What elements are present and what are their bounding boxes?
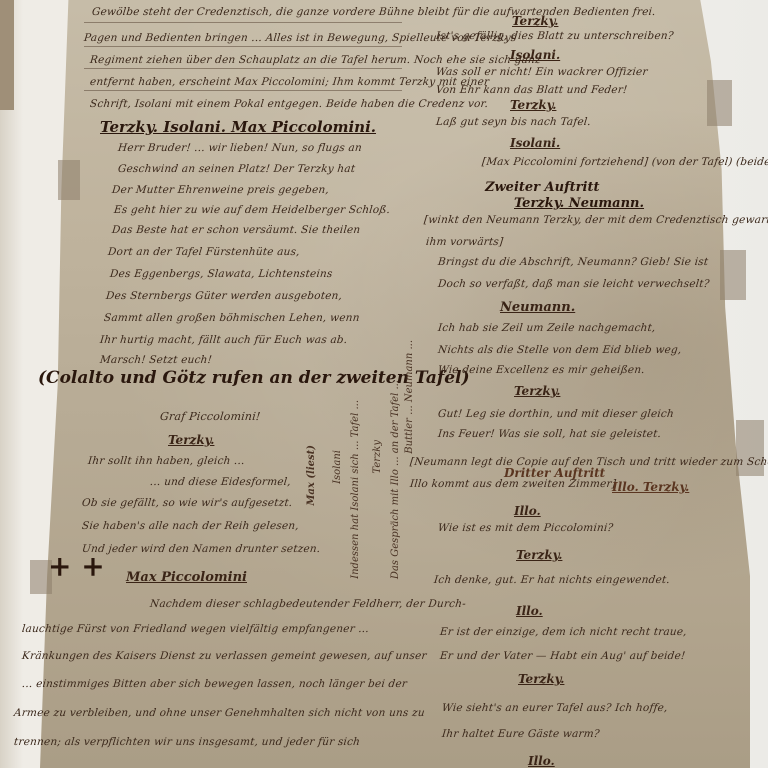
scene-characters: Illo. Terzky. (612, 480, 689, 494)
tape-patch (58, 160, 80, 200)
verse-line: Wie deine Excellenz es mir geheißen. (437, 364, 645, 376)
prose-line: Kränkungen des Kaisers Dienst zu verlass… (21, 650, 427, 662)
prose-line: trennen; als verpflichten wir uns insges… (13, 736, 360, 748)
verse-line: Herr Bruder! ... wir lieben! Nun, so flu… (117, 142, 362, 154)
prose-line: Nachdem dieser schlagbedeutender Feldher… (149, 598, 466, 610)
call-line: Graf Piccolomini! (159, 410, 261, 423)
speaker-heading: Terzky. (518, 672, 564, 686)
scene-characters: Terzky. Neumann. (514, 196, 644, 211)
verse-line: Wie ist es mit dem Piccolomini? (437, 522, 614, 534)
margin-note: Max (liest) (306, 445, 317, 506)
verse-line: Was soll er nicht! Ein wackrer Offizier (435, 66, 648, 78)
verse-line: Und jeder wird den Namen drunter setzen. (81, 543, 321, 555)
speaker-heading: Illo. (528, 754, 555, 768)
speaker-heading: Terzky. (510, 98, 556, 112)
speaker-heading: Neumann. (500, 300, 575, 315)
verse-line: Sammt allen großen böhmischen Lehen, wen… (103, 312, 360, 324)
tape-patch (720, 250, 746, 300)
stage-direction: [Max Piccolomini fortziehend] (von der T… (481, 156, 768, 168)
verse-line: Laß gut seyn bis nach Tafel. (435, 116, 591, 128)
margin-note: Indessen hat Isolani sich ... Tafel ... (350, 400, 361, 579)
speaker-heading: Terzky. (168, 433, 214, 447)
verse-line: Bringst du die Abschrift, Neumann? Gieb!… (437, 256, 709, 268)
adjacent-page-edge (0, 0, 14, 110)
verse-line: Ist's gefällig, dies Blatt zu unterschre… (435, 30, 674, 42)
prose-line: lauchtige Fürst von Friedland wegen viel… (21, 623, 369, 635)
speaker-heading: Illo. (514, 504, 541, 518)
text-line: Gewölbe steht der Credenztisch, die ganz… (91, 6, 656, 18)
speaker-heading: Terzky. Isolani. Max Piccolomini. (100, 118, 376, 136)
margin-note: Buttler ... Neumann ... (404, 340, 415, 454)
verse-line: Von Ehr kann das Blatt und Feder! (435, 84, 628, 96)
verse-line: Es geht hier zu wie auf dem Heidelberger… (113, 204, 390, 216)
divider (84, 90, 402, 91)
speaker-heading: Isolani. (510, 136, 560, 150)
scene-heading: Dritter Auftritt (504, 466, 605, 480)
prose-line: ... einstimmiges Bitten aber sich bewege… (21, 678, 407, 690)
margin-note: Das Gespräch mit Illo ... an der Tafel .… (390, 380, 401, 579)
verse-line: Wie sieht's an eurer Tafel aus? Ich hoff… (441, 702, 668, 714)
scene-heading: Zweiter Auftritt (485, 180, 599, 195)
stage-direction: [winkt den Neumann Terzky, der mit dem C… (423, 214, 768, 226)
verse-line: Doch so verfaßt, daß man sie leicht verw… (437, 278, 710, 290)
verse-line: Gut! Leg sie dorthin, und mit dieser gle… (437, 408, 674, 420)
verse-line: Sie haben's alle nach der Reih gelesen, (81, 520, 299, 532)
speaker-heading: Max Piccolomini (126, 570, 247, 585)
divider (84, 22, 402, 23)
stage-direction: ihm vorwärts] (425, 236, 504, 248)
divider (84, 46, 402, 47)
verse-line: Dort an der Tafel Fürstenhüte aus, (107, 246, 300, 258)
verse-line: Geschwind an seinen Platz! Der Terzky ha… (117, 163, 355, 175)
prose-line: Armee zu verbleiben, und ohne unser Gene… (13, 707, 425, 719)
divider (84, 68, 402, 69)
text-line: entfernt haben, erscheint Max Piccolomin… (89, 76, 489, 88)
verse-line: Der Mutter Ehrenweine preis gegeben, (111, 184, 329, 196)
verse-line: Er ist der einzige, dem ich nicht recht … (439, 626, 687, 638)
verse-line: Ob sie gefällt, so wie wir's aufgesetzt. (81, 497, 293, 509)
text-line: Regiment ziehen über den Schauplatz an d… (89, 54, 541, 66)
speaker-heading: Terzky. (512, 14, 558, 28)
cross-mark: + + (48, 550, 105, 583)
verse-line: Er und der Vater — Habt ein Aug' auf bei… (439, 650, 686, 662)
verse-line: ... und diese Eidesformel, (149, 476, 291, 488)
verse-line: Ihr sollt ihn haben, gleich ... (87, 455, 245, 467)
margin-note: Terzky (372, 440, 383, 474)
verse-line: Nichts als die Stelle von dem Eid blieb … (437, 344, 682, 356)
speaker-heading: Terzky. (516, 548, 562, 562)
verse-line: Marsch! Setzt euch! (99, 354, 212, 366)
verse-line: Ihr haltet Eure Gäste warm? (441, 728, 600, 740)
verse-line: Ihr hurtig macht, fällt auch für Euch wa… (99, 334, 348, 346)
speaker-heading: Terzky. (514, 384, 560, 398)
verse-line: Des Sternbergs Güter werden ausgeboten, (105, 290, 342, 302)
verse-line: Ins Feuer! Was sie soll, hat sie geleist… (437, 428, 661, 440)
text-line: Schrift, Isolani mit einem Pokal entgege… (89, 98, 488, 110)
verse-line: Des Eggenbergs, Slawata, Lichtensteins (109, 268, 333, 280)
speaker-heading: Isolani. (510, 48, 560, 62)
verse-line: Ich hab sie Zeil um Zeile nachgemacht, (437, 322, 656, 334)
speaker-heading: Illo. (516, 604, 543, 618)
verse-line: Das Beste hat er schon versäumt. Sie the… (111, 224, 361, 236)
verse-line: Ich denke, gut. Er hat nichts eingewende… (433, 574, 670, 586)
margin-note: Isolani (332, 450, 343, 484)
tape-patch (707, 80, 732, 126)
